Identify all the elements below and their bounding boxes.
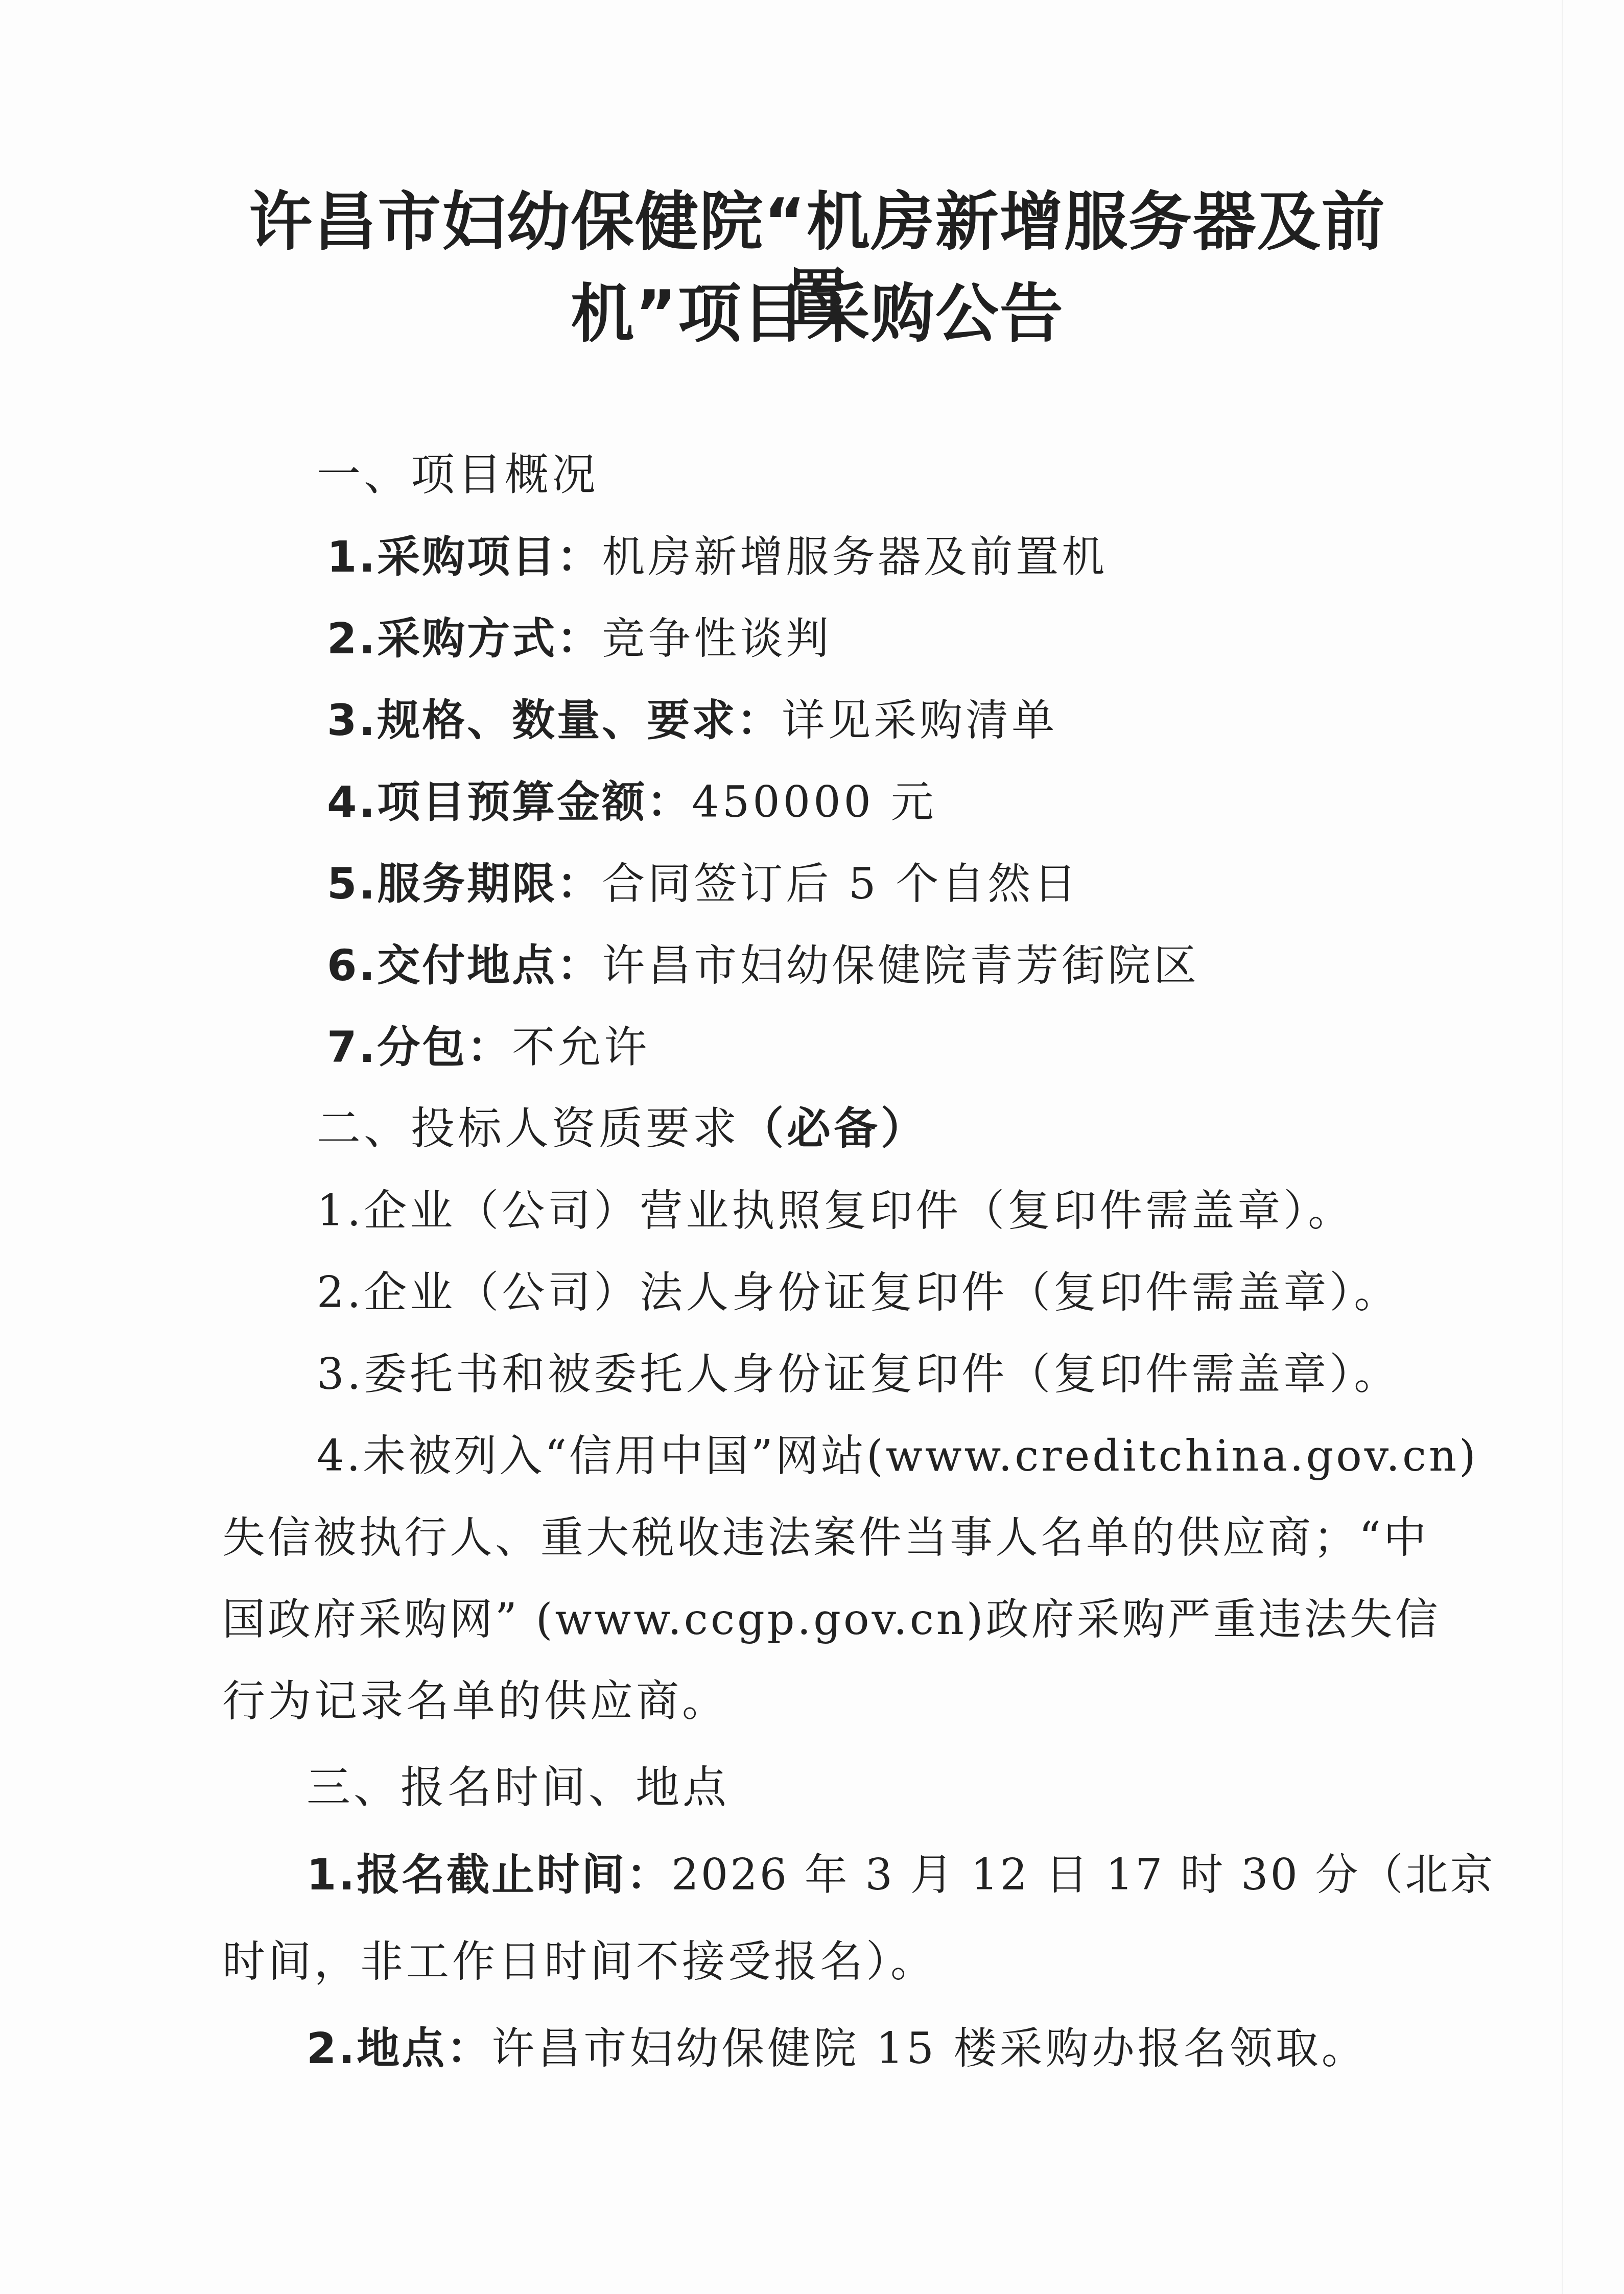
- scan-edge-line: [1562, 0, 1563, 2294]
- item-value: 详见采购清单: [782, 695, 1057, 745]
- item-subcontracting: 7.分包：不允许: [327, 1022, 650, 1073]
- item-label: 1.报名截止时间：: [307, 1850, 671, 1900]
- item-label: 2.地点：: [307, 2023, 491, 2073]
- item-label: 7.分包：: [327, 1022, 512, 1072]
- qualification-item-4-line-4: 行为记录名单的供应商。: [222, 1675, 728, 1727]
- item-label: 1.采购项目：: [327, 532, 602, 582]
- section-heading-qualifications: 二、投标人资质要求（必备）: [317, 1103, 928, 1154]
- item-label: 5.服务期限：: [327, 859, 602, 909]
- item-value: 许昌市妇幼保健院青芳街院区: [602, 940, 1199, 990]
- item-service-period: 5.服务期限：合同签订后 5 个自然日: [327, 858, 1079, 909]
- item-procurement-method: 2.采购方式：竞争性谈判: [327, 613, 832, 664]
- item-value: 不允许: [512, 1022, 650, 1072]
- item-value: 2026 年 3 月 12 日 17 时 30 分（北京: [671, 1850, 1495, 1900]
- item-value: 竞争性谈判: [602, 613, 832, 664]
- qualification-item-4-line-3: 国政府采购网” (www.ccgp.gov.cn)政府采购严重违法失信: [222, 1594, 1441, 1645]
- qualification-item-3: 3.委托书和被委托人身份证复印件（复印件需盖章）。: [317, 1349, 1400, 1400]
- item-value: 450000 元: [692, 777, 936, 827]
- item-label: 4.项目预算金额：: [327, 777, 692, 827]
- item-label: 6.交付地点：: [327, 940, 602, 990]
- heading-text: 二、投标人资质要求: [317, 1103, 740, 1154]
- item-budget: 4.项目预算金额：450000 元: [327, 776, 937, 827]
- item-value: 机房新增服务器及前置机: [602, 532, 1108, 582]
- section-heading-registration: 三、报名时间、地点: [307, 1762, 729, 1813]
- section-heading-overview: 一、项目概况: [317, 450, 599, 501]
- registration-deadline: 1.报名截止时间：2026 年 3 月 12 日 17 时 30 分（北京: [307, 1849, 1495, 1900]
- registration-location: 2.地点：许昌市妇幼保健院 15 楼采购办报名领取。: [307, 2023, 1368, 2074]
- item-delivery-location: 6.交付地点：许昌市妇幼保健院青芳街院区: [327, 940, 1199, 991]
- qualification-item-2: 2.企业（公司）法人身份证复印件（复印件需盖章）。: [317, 1267, 1400, 1318]
- qualification-item-1: 1.企业（公司）营业执照复印件（复印件需盖章）。: [317, 1185, 1354, 1236]
- item-procurement-project: 1.采购项目：机房新增服务器及前置机: [327, 531, 1108, 582]
- heading-suffix: （必备）: [740, 1103, 928, 1154]
- document-title-line-2: 机”项目采购公告: [225, 276, 1410, 352]
- registration-deadline-continuation: 时间，非工作日时间不接受报名）。: [222, 1936, 936, 1987]
- qualification-item-4-line-1: 4.未被列入“信用中国”网站(www.creditchina.gov.cn): [317, 1430, 1478, 1481]
- qualification-item-4-line-2: 失信被执行人、重大税收违法案件当事人名单的供应商；“中: [222, 1512, 1429, 1563]
- item-value: 许昌市妇幼保健院 15 楼采购办报名领取。: [491, 2023, 1367, 2073]
- item-specifications: 3.规格、数量、要求：详见采购清单: [327, 695, 1057, 746]
- item-label: 3.规格、数量、要求：: [327, 695, 782, 745]
- item-label: 2.采购方式：: [327, 613, 602, 664]
- item-value: 合同签订后 5 个自然日: [602, 859, 1079, 909]
- document-page: 许昌市妇幼保健院“机房新增服务器及前置 机”项目采购公告 一、项目概况 1.采购…: [0, 0, 1624, 2294]
